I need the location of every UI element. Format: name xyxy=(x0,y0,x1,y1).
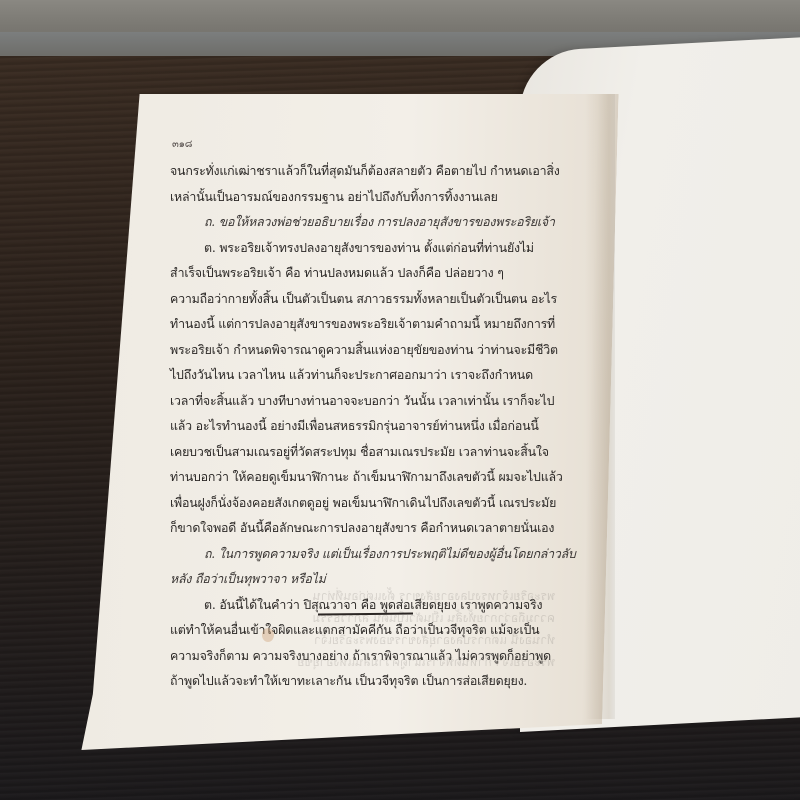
text-line: ความถือว่ากายทั้งสิ้น เป็นตัวเป็นตน สภาว… xyxy=(170,286,540,312)
text-line: เหล่านั้นเป็นอารมณ์ของกรรมฐาน อย่าไปถึงก… xyxy=(170,184,540,210)
text-line: ทำนองนี้ แต่การปลงอายุสังขารของพระอริยเจ… xyxy=(170,311,540,337)
text-line: ก็ขาดใจพอดี อันนี้คือลักษณะการปลงอายุสัง… xyxy=(170,515,540,541)
question-line: ถ. ในการพูดความจริง แต่เป็นเรื่องการประพ… xyxy=(170,541,540,567)
paper-stain xyxy=(262,628,274,642)
text-line: เคยบวชเป็นสามเณรอยู่ที่วัดสระปทุม ชื่อสา… xyxy=(170,439,540,465)
show-through-line: พระอริยเจ้าทรงปลงอายุสังขาร ตั้งแต่ก่อนท… xyxy=(160,585,555,607)
text-line: จนกระทั่งแก่เฒ่าชราแล้วก็ในที่สุดมันก็ต้… xyxy=(170,158,540,184)
show-through-line: ทำนองนี้ แต่การปลงอายุสังขารของพระอริยเจ… xyxy=(160,629,555,651)
show-through-text: พระอริยเจ้าทรงปลงอายุสังขาร ตั้งแต่ก่อนท… xyxy=(160,585,555,685)
show-through-line: พระอริยเจ้า กำหนดพิจารณาดูความสิ้นแห่งอา… xyxy=(160,651,555,673)
answer-line: ต. พระอริยเจ้าทรงปลงอายุสังขารของท่าน ตั… xyxy=(170,235,540,261)
text-line: แล้ว อะไรทำนองนี้ อย่างมีเพื่อนสหธรรมิกร… xyxy=(170,413,540,439)
book-gutter xyxy=(585,94,615,719)
text-line: ไปถึงวันไหน เวลาไหน แล้วท่านก็จะประกาศออ… xyxy=(170,362,540,388)
show-through-line: ความถือว่ากายทั้งสิ้น เป็นตัวเป็นตน สภาว… xyxy=(160,607,555,629)
text-line: พระอริยเจ้า กำหนดพิจารณาดูความสิ้นแห่งอา… xyxy=(170,337,540,363)
page-number: ๓๑๘ xyxy=(172,138,540,158)
question-line: ถ. ขอให้หลวงพ่อช่วยอธิบายเรื่อง การปลงอา… xyxy=(170,209,540,235)
text-line: ท่านบอกว่า ให้คอยดูเข็มนาฬิกานะ ถ้าเข็มน… xyxy=(170,464,540,490)
text-line: เพื่อนฝูงก็นั่งจ้องคอยสังเกตดูอยู่ พอเข็… xyxy=(170,490,540,516)
text-line: เวลาที่จะสิ้นแล้ว บางทีบางท่านอาจจะบอกว่… xyxy=(170,388,540,414)
text-line: สำเร็จเป็นพระอริยเจ้า คือ ท่านปลงหมดแล้ว… xyxy=(170,260,540,286)
